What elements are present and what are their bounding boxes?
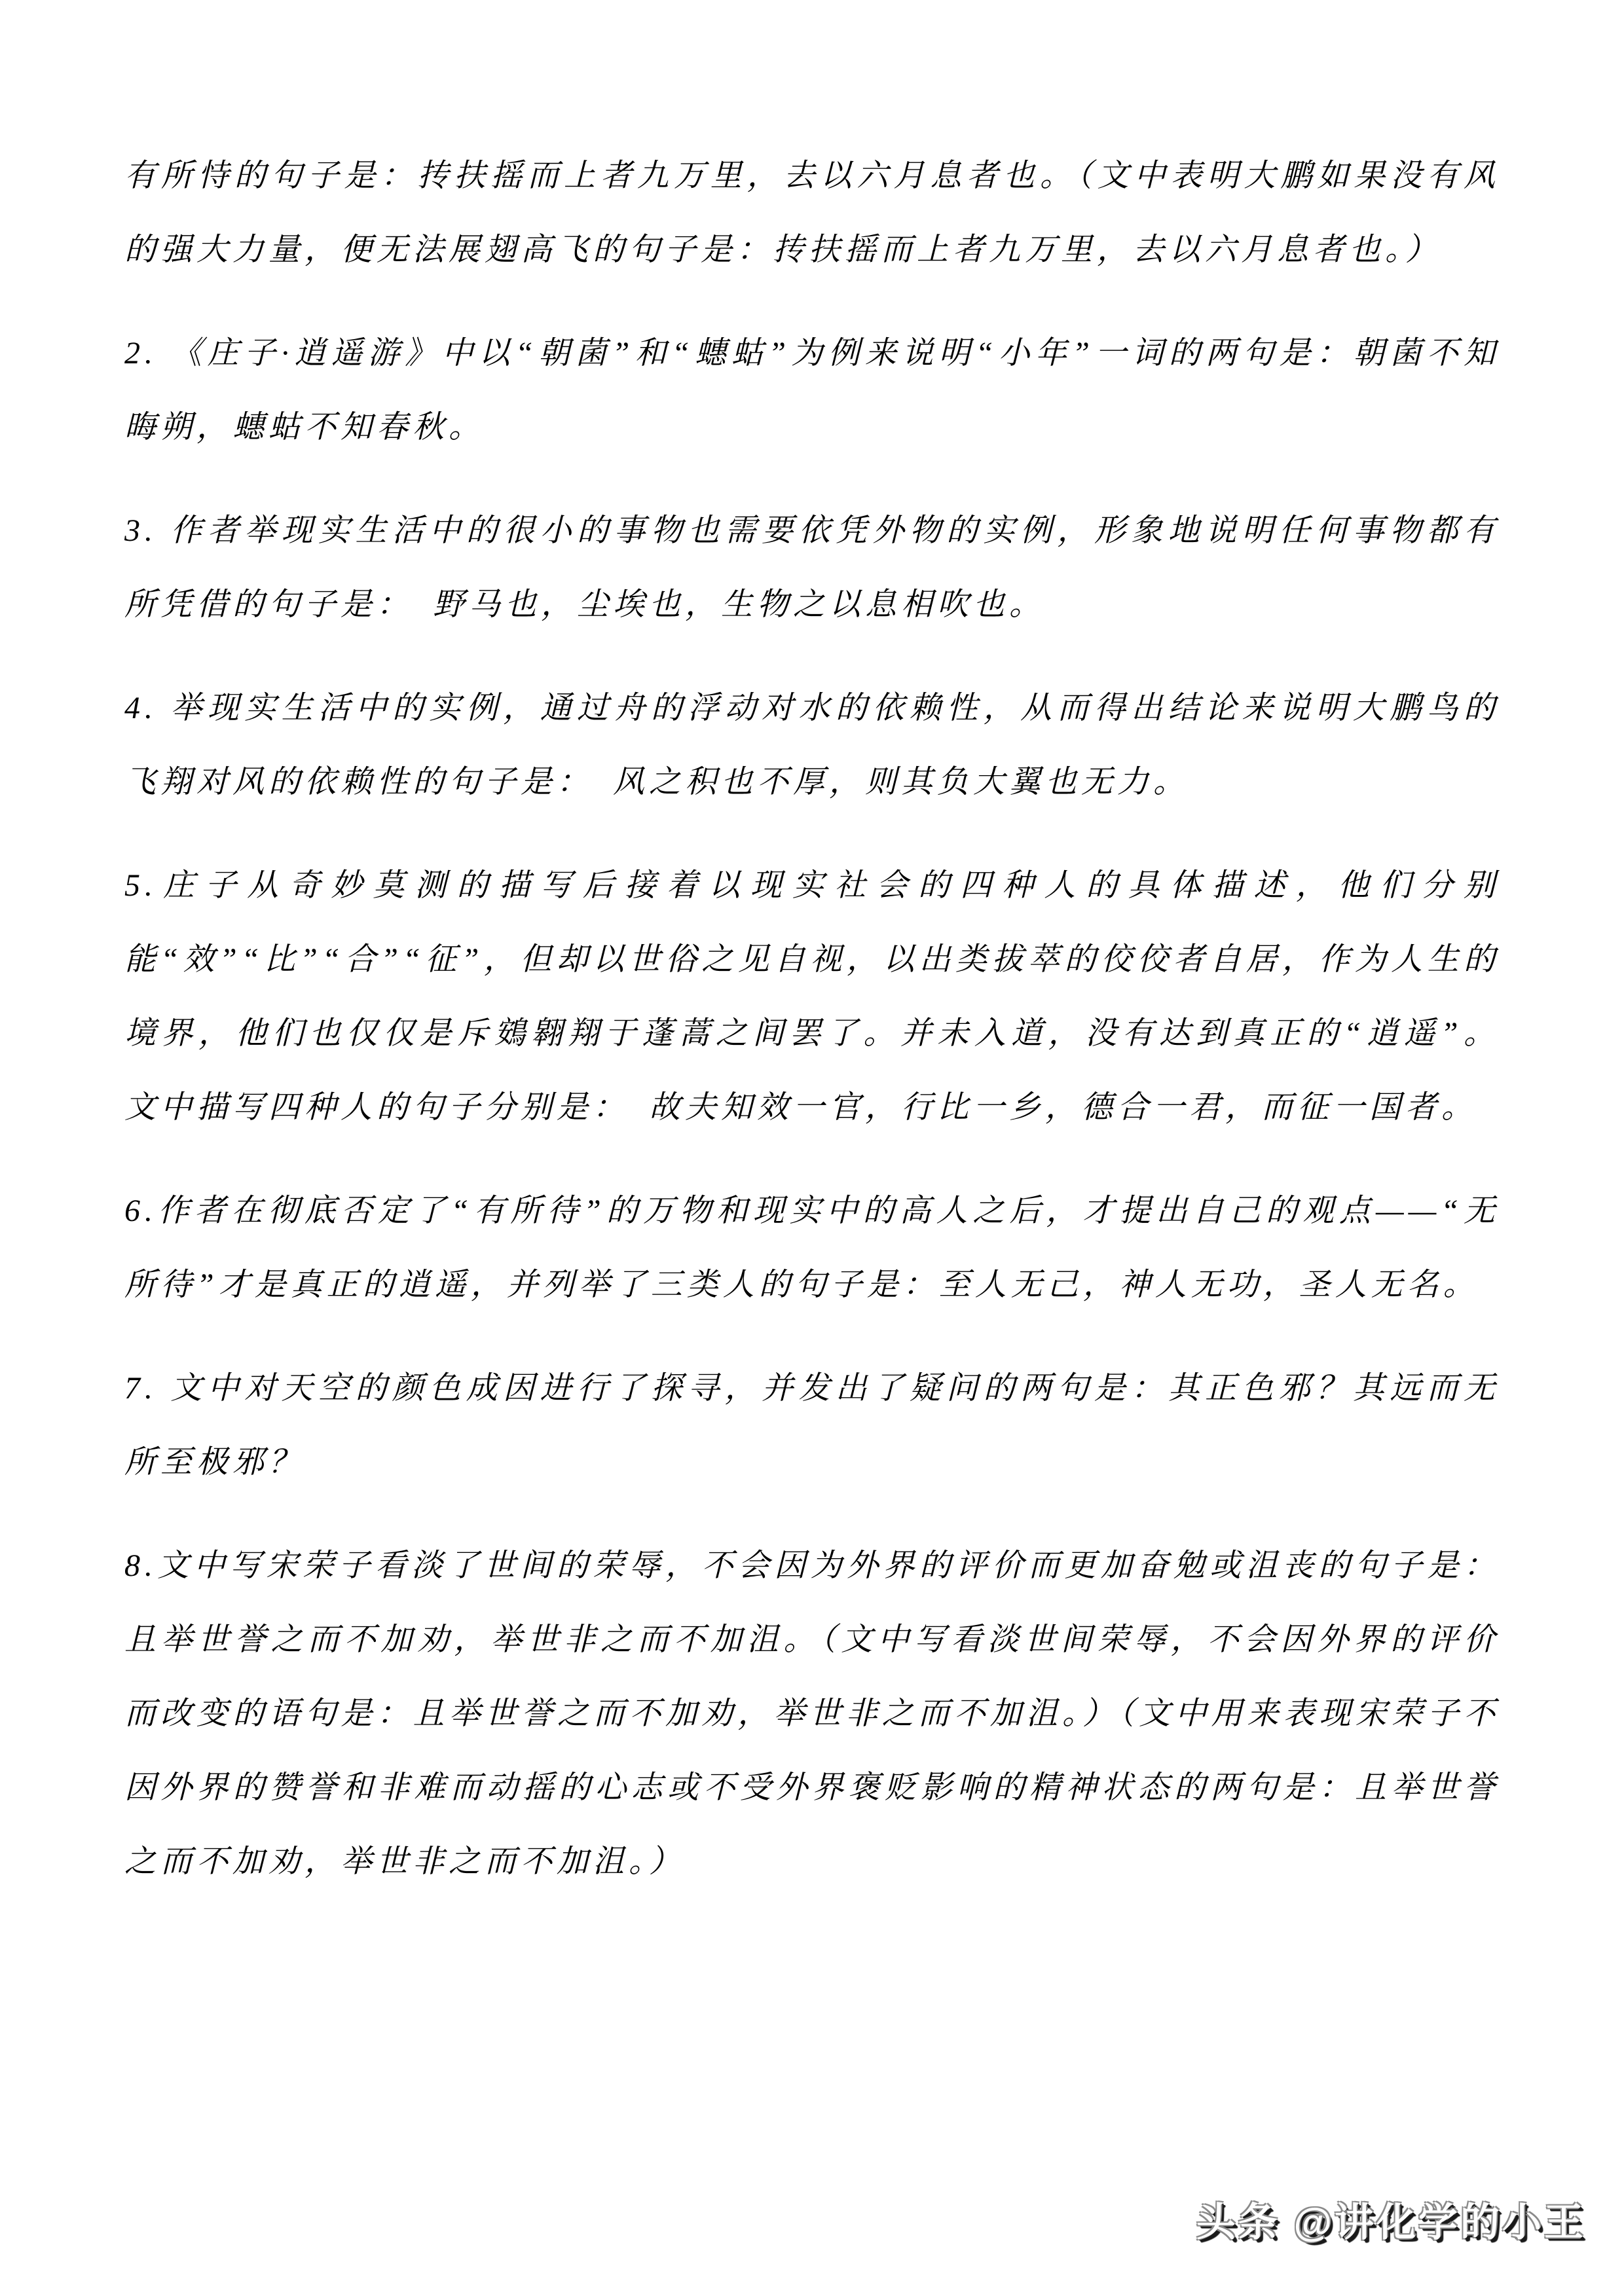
question-item-2: 2. 《庄子·逍遥游》中以“朝菌”和“蟪蛄”为例来说明“小年”一词的两句是：朝菌…: [124, 316, 1500, 464]
question-item-4: 4. 举现实生活中的实例，通过舟的浮动对水的依赖性，从而得出结论来说明大鹏鸟的飞…: [124, 671, 1500, 819]
question-item-7: 7. 文中对天空的颜色成因进行了探寻，并发出了疑问的两句是：其正色邪？其远而无所…: [124, 1351, 1500, 1499]
watermark: 头条 @讲化学的小王: [1196, 2191, 1586, 2248]
document-page: 有所恃的句子是：抟扶摇而上者九万里，去以六月息者也。（文中表明大鹏如果没有风的强…: [0, 0, 1624, 2296]
question-item-6: 6.作者在彻底否定了“有所待”的万物和现实中的高人之后，才提出自己的观点——“无…: [124, 1174, 1500, 1322]
paragraph-continuation: 有所恃的句子是：抟扶摇而上者九万里，去以六月息者也。（文中表明大鹏如果没有风的强…: [124, 139, 1500, 287]
question-item-3: 3. 作者举现实生活中的很小的事物也需要依凭外物的实例，形象地说明任何事物都有所…: [124, 494, 1500, 642]
document-body: 有所恃的句子是：抟扶摇而上者九万里，去以六月息者也。（文中表明大鹏如果没有风的强…: [0, 0, 1624, 1899]
question-item-8: 8.文中写宋荣子看淡了世间的荣辱，不会因为外界的评价而更加奋勉或沮丧的句子是：且…: [124, 1529, 1500, 1899]
question-item-5: 5.庄子从奇妙莫测的描写后接着以现实社会的四种人的具体描述，他们分别能“效”“比…: [124, 848, 1500, 1144]
